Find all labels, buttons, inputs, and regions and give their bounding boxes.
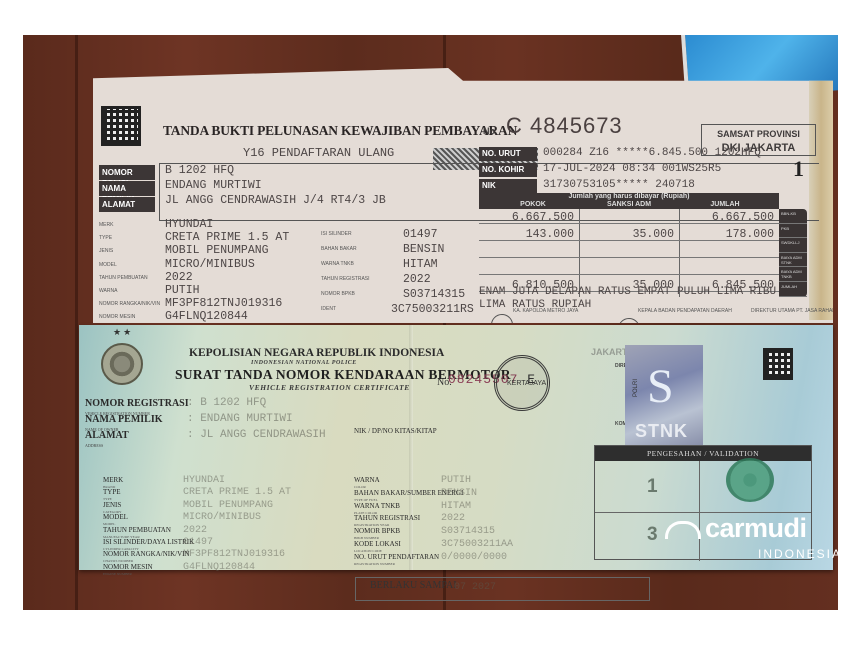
vehicle-label: JENIS: [99, 248, 113, 254]
validation-seal-icon: [726, 458, 774, 502]
payment-side-labels: BBN-KBPKBSWDKLLJBIAYA ADM STNKBIAYA ADM …: [779, 209, 807, 297]
photo-background: TANDA BUKTI PELUNASAN KEWAJIBAN PEMBAYAR…: [23, 35, 838, 610]
vehicle-label: NOMOR MESIN: [99, 314, 135, 320]
stnk-owner-value: : ENDANG MURTIWI: [187, 413, 293, 425]
stnk-header-en: INDONESIAN NATIONAL POLICE: [251, 360, 357, 366]
stnk-vehicle-value: 3C75003211AA: [441, 539, 513, 550]
owner-label: NAMA PEMILIK: [99, 181, 155, 196]
postmark-stamp: KERTAJAYA: [494, 355, 550, 411]
stnk-vehicle-value: MF3PF812TNJ019316: [183, 549, 285, 560]
vehicle-label: WARNA: [99, 288, 117, 294]
vehicle-label: NOMOR BPKB: [321, 291, 355, 297]
receipt-subtitle: Y16 PENDAFTARAN ULANG: [243, 146, 394, 160]
stnk-valid-until: BERLAKU SAMPAI 07 2027: [355, 577, 650, 601]
vehicle-value: PUTIH: [165, 285, 200, 297]
qr-code-icon: [763, 348, 793, 380]
meta-value: 31730753105***** 240718: [543, 179, 695, 191]
vehicle-label: NOMOR RANGKA/NIK/VIN: [99, 301, 160, 307]
stnk-vehicle-value: PUTIH: [441, 475, 471, 486]
stars-icon: ★★: [113, 327, 133, 338]
stnk-owner-value: : B 1202 HFQ: [187, 397, 266, 409]
vehicle-label: TAHUN PEMBUATAN: [99, 275, 148, 281]
vehicle-label: MERK: [99, 222, 113, 228]
payment-cell: 35.000: [579, 228, 674, 241]
vehicle-value: G4FLNQ120844: [165, 311, 248, 323]
vehicle-value: CRETA PRIME 1.5 AT: [165, 232, 289, 244]
owner-value: ENDANG MURTIWI: [165, 179, 262, 192]
vehicle-value: 01497: [403, 229, 438, 241]
meta-label: NO. KOHIR: [479, 163, 537, 177]
stnk-vehicle-value: MOBIL PENUMPANG: [183, 500, 273, 511]
receipt-number-label: No.: [483, 126, 498, 136]
owner-value: JL ANGG CENDRAWASIH J/4 RT4/3 JB: [165, 194, 386, 207]
vehicle-value: 3C75003211RS: [391, 304, 474, 316]
stnk-vehicle-value: HITAM: [441, 501, 471, 512]
vehicle-value: HYUNDAI: [165, 219, 213, 231]
stnk-vehicle-value: 2022: [183, 525, 207, 536]
vehicle-label: TAHUN REGISTRASI: [321, 276, 370, 282]
stnk-header-id: KEPOLISIAN NEGARA REPUBLIK INDONESIA: [189, 347, 444, 359]
owner-value: B 1202 HFQ: [165, 164, 234, 177]
stnk-hologram: POLRI S STNK: [625, 345, 703, 445]
police-emblem-icon: [101, 343, 143, 385]
fold-line: [409, 325, 413, 570]
stnk-vehicle-value: 0/0000/0000: [441, 552, 507, 563]
wood-plank-gap: [75, 35, 78, 610]
vehicle-value: MOBIL PENUMPANG: [165, 245, 269, 257]
stnk-title-en: VEHICLE REGISTRATION CERTIFICATE: [249, 383, 410, 392]
owner-label: ALAMAT: [99, 197, 155, 212]
vehicle-label: BAHAN BAKAR: [321, 246, 357, 252]
stnk-vehicle-value: G4FLNQ120844: [183, 562, 255, 573]
vehicle-label: WARNA TNKB: [321, 261, 354, 267]
stnk-vehicle-value: MICRO/MINIBUS: [183, 512, 261, 523]
vehicle-value: HITAM: [403, 259, 438, 271]
receipt-number: C 4845673: [506, 113, 623, 139]
payment-side-label: PKB: [779, 224, 807, 239]
meta-value: 17-JUL-2024 08:34 001WS25R5: [543, 163, 721, 175]
vehicle-value: 2022: [165, 272, 193, 284]
owner-label: NOMOR POLISI: [99, 165, 155, 180]
stnk-vehicle-value: 01497: [183, 537, 213, 548]
vehicle-label: IDENT: [321, 306, 336, 312]
stnk-vehicle-value: HYUNDAI: [183, 475, 225, 486]
vehicle-label: TYPE: [99, 235, 112, 241]
payment-side-label: BIAYA ADM STNK: [779, 253, 807, 268]
vehicle-value: MICRO/MINIBUS: [165, 259, 255, 271]
payment-side-label: BBN-KB: [779, 209, 807, 224]
payment-header: Jumlah yang harus dibayar (Rupiah) POKOK…: [479, 193, 779, 209]
meta-value: 000284 Z16 *****6.845.500 1202HFQ: [543, 147, 761, 159]
counter-stamp: 1: [793, 156, 804, 182]
stnk-owner-value: : JL ANGG CENDRAWASIH: [187, 429, 326, 441]
stnk-vehicle-value: S03714315: [441, 526, 495, 537]
nik-label: NIK / DP/NO KITAS/KITAP: [354, 428, 437, 435]
vehicle-value: MF3PF812TNJ019316: [165, 298, 282, 310]
meta-label: NIK: [479, 179, 537, 193]
payment-table: 6.667.5006.667.500143.00035.000178.0006.…: [479, 209, 779, 297]
payment-receipt: TANDA BUKTI PELUNASAN KEWAJIBAN PEMBAYAR…: [93, 68, 833, 323]
payment-side-label: SWDKLLJ: [779, 238, 807, 253]
payment-cell: 178.000: [679, 228, 774, 241]
payment-cell: 6.667.500: [679, 211, 774, 224]
vehicle-value: S03714315: [403, 289, 465, 301]
stnk-vehicle-label: NO. URUT PENDAFTARANREGISTRATION NUMBER: [354, 554, 439, 568]
receipt-title: TANDA BUKTI PELUNASAN KEWAJIBAN PEMBAYAR…: [163, 123, 517, 139]
payment-side-label: BIAYA ADM TNKB: [779, 267, 807, 282]
stnk-vehicle-value: BENSIN: [441, 488, 477, 499]
vehicle-label: MODEL: [99, 262, 117, 268]
payment-cell: 6.667.500: [479, 211, 574, 224]
vehicle-value: BENSIN: [403, 244, 444, 256]
vehicle-value: 2022: [403, 274, 431, 286]
meta-label: NO. URUT: [479, 147, 537, 161]
qr-code-icon: [101, 106, 141, 146]
stnk-vehicle-value: CRETA PRIME 1.5 AT: [183, 487, 291, 498]
payment-cell: 143.000: [479, 228, 574, 241]
stnk-vehicle-label: NOMOR MESINENGINE NUMBER: [103, 564, 153, 578]
vehicle-label: ISI SILINDER: [321, 231, 352, 237]
stnk-vehicle-value: 2022: [441, 513, 465, 524]
stnk-owner-label: ALAMATADDRESS: [85, 431, 129, 451]
